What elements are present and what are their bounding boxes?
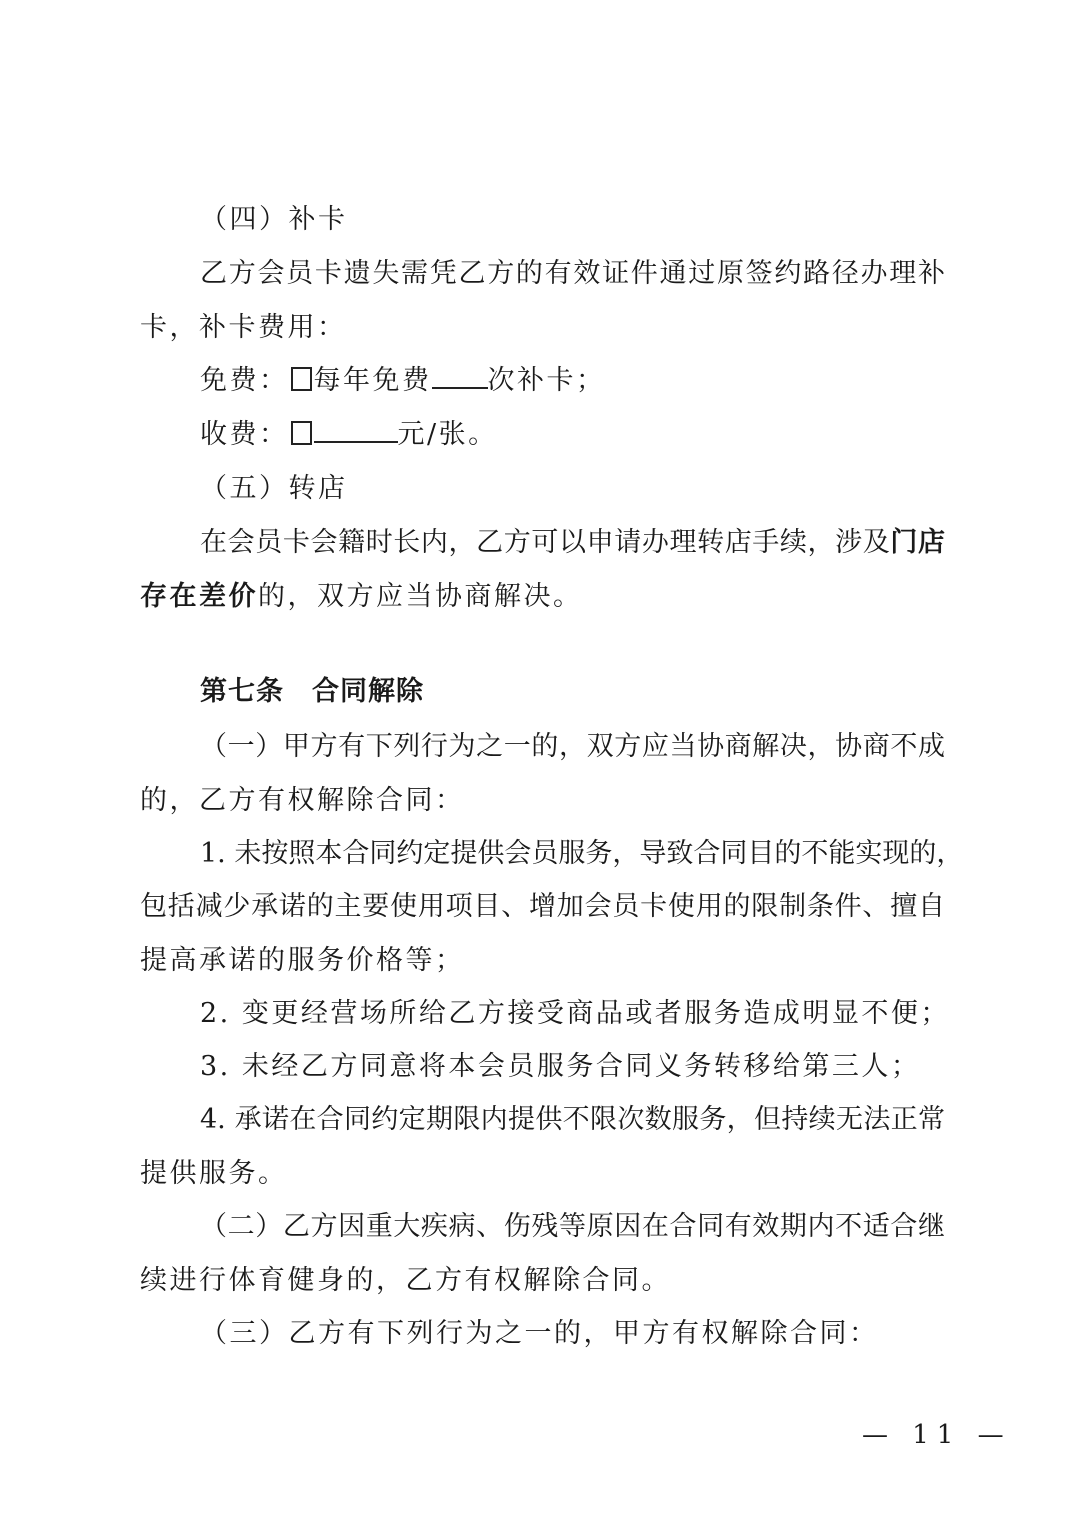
fee-checkbox[interactable] <box>291 421 312 445</box>
page-number: — 11 — <box>862 1420 1012 1450</box>
item-1-line-2: 包括减少承诺的主要使用项目、增加会员卡使用的限制条件、擅自 <box>140 890 945 924</box>
free-label: 免费： <box>200 365 289 396</box>
section-5-bold-a: 门店 <box>890 527 945 558</box>
free-count-blank[interactable] <box>432 365 488 389</box>
section-5-paragraph-line-1: 在会员卡会籍时长内，乙方可以申请办理转店手续，涉及门店 <box>200 526 945 560</box>
section-4-paragraph-line-2: 卡，补卡费用： <box>140 311 945 345</box>
free-checkbox[interactable] <box>291 367 312 391</box>
section-5-text-b: 的，双方应当协商解决。 <box>258 581 583 612</box>
item-3: 3. 未经乙方同意将本会员服务合同义务转移给第三人； <box>200 1050 945 1084</box>
item-4-line-1: 4. 承诺在合同约定期限内提供不限次数服务，但持续无法正常 <box>200 1103 945 1137</box>
free-text-a: 每年免费 <box>314 365 432 396</box>
article-7-clause-2-line-1: （二）乙方因重大疾病、伤残等原因在合同有效期内不适合继 <box>200 1210 945 1244</box>
fee-label: 收费： <box>200 419 289 450</box>
article-7-clause-1-line-1: （一）甲方有下列行为之一的，双方应当协商解决，协商不成 <box>200 730 945 764</box>
free-text-b: 次补卡； <box>488 365 606 396</box>
article-7-title: 第七条 合同解除 <box>200 675 945 709</box>
section-5-title: （五）转店 <box>200 472 945 506</box>
section-5-text-a: 在会员卡会籍时长内，乙方可以申请办理转店手续，涉及 <box>200 527 890 558</box>
article-7-clause-1-line-2: 的，乙方有权解除合同： <box>140 784 945 818</box>
item-1-line-3: 提高承诺的服务价格等； <box>140 944 945 978</box>
section-4-paragraph-line-1: 乙方会员卡遗失需凭乙方的有效证件通过原签约路径办理补 <box>200 257 945 291</box>
item-2: 2. 变更经营场所给乙方接受商品或者服务造成明显不便； <box>200 997 945 1031</box>
article-7-clause-2-line-2: 续进行体育健身的，乙方有权解除合同。 <box>140 1264 945 1298</box>
section-5-bold-b: 存在差价 <box>140 581 258 612</box>
fee-text: 元/张。 <box>398 419 498 450</box>
item-4-line-2: 提供服务。 <box>140 1157 945 1191</box>
fee-option-line: 收费：元/张。 <box>200 418 945 452</box>
section-4-title: （四）补卡 <box>200 203 945 237</box>
item-1-line-1: 1. 未按照本合同约定提供会员服务，导致合同目的不能实现的， <box>200 837 945 871</box>
document-page: （四）补卡 乙方会员卡遗失需凭乙方的有效证件通过原签约路径办理补 卡，补卡费用：… <box>0 0 1080 1528</box>
section-5-paragraph-line-2: 存在差价的，双方应当协商解决。 <box>140 580 945 614</box>
free-option-line: 免费：每年免费次补卡； <box>200 364 945 398</box>
fee-amount-blank[interactable] <box>314 419 398 443</box>
article-7-clause-3: （三）乙方有下列行为之一的，甲方有权解除合同： <box>200 1317 945 1351</box>
